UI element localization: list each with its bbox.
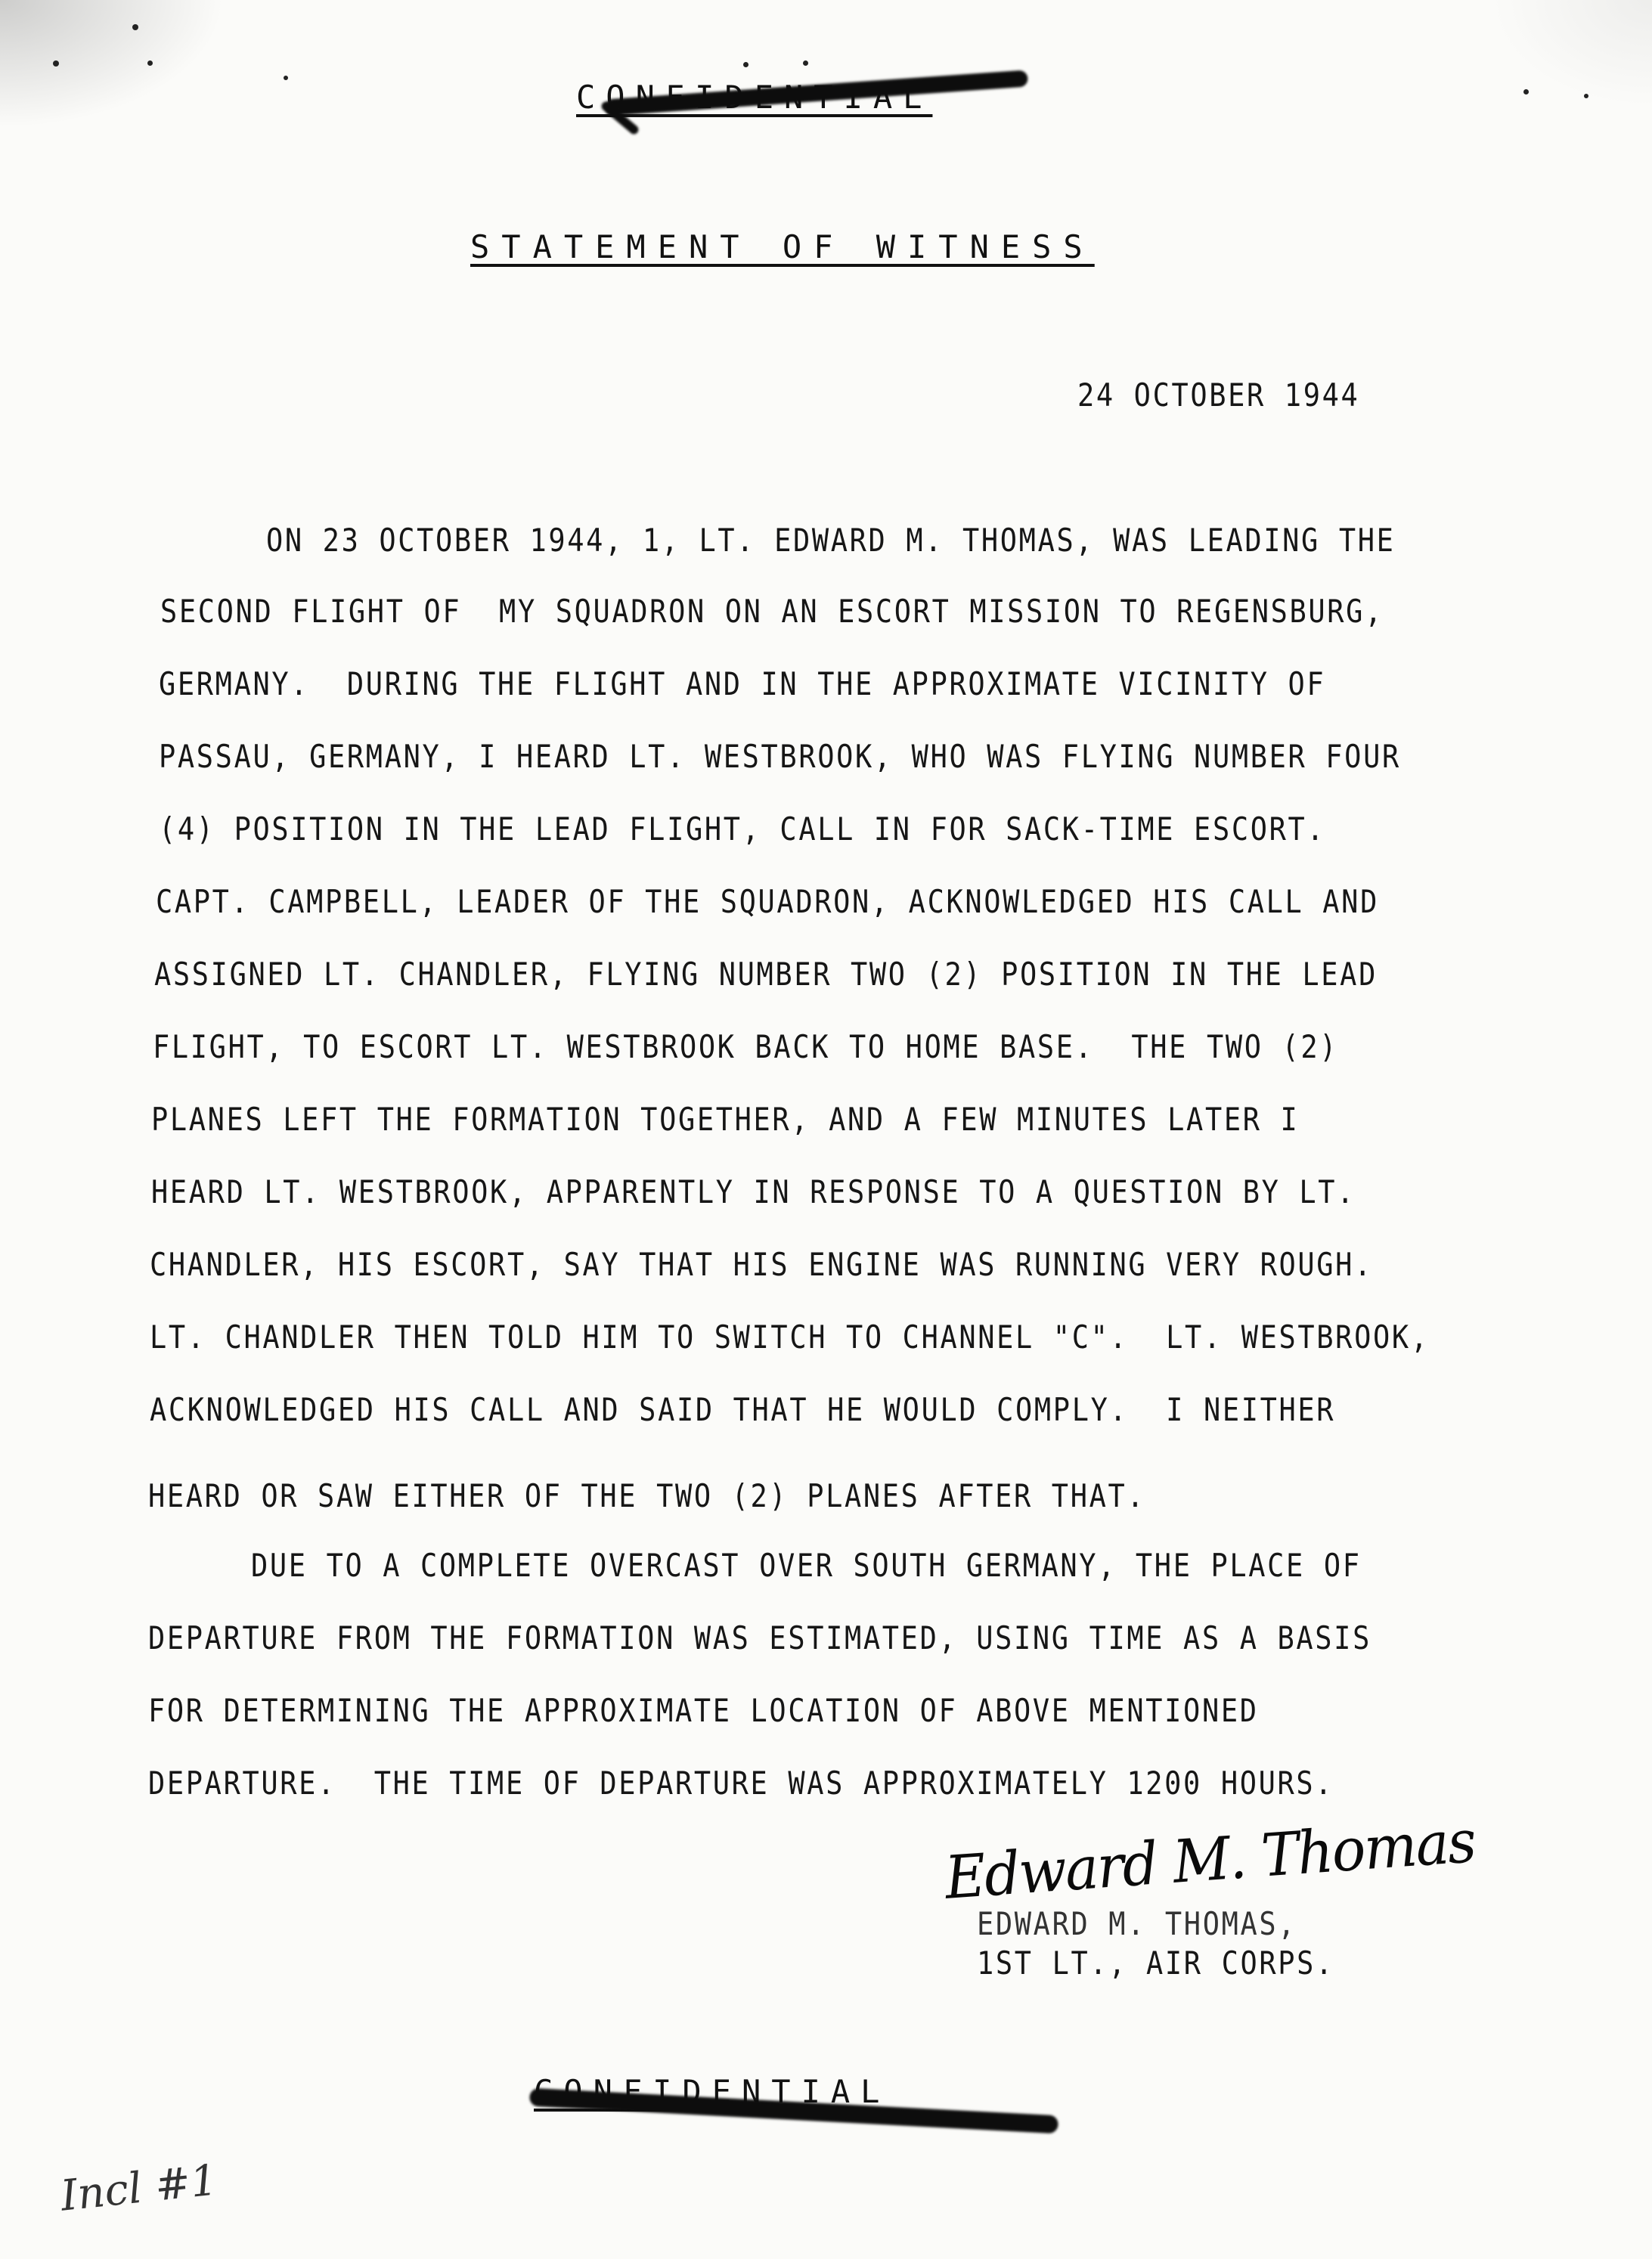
- document-date: 24 OCTOBER 1944: [1077, 376, 1359, 414]
- scan-speck: [743, 62, 749, 67]
- body-line: HEARD OR SAW EITHER OF THE TWO (2) PLANE…: [148, 1477, 1145, 1514]
- body-line: PLANES LEFT THE FORMATION TOGETHER, AND …: [151, 1101, 1299, 1138]
- body-line: ASSIGNED LT. CHANDLER, FLYING NUMBER TWO…: [154, 956, 1378, 993]
- body-line: SECOND FLIGHT OF MY SQUADRON ON AN ESCOR…: [160, 593, 1384, 630]
- scan-speck: [1584, 94, 1588, 98]
- typed-signatory-rank: 1ST LT., AIR CORPS.: [977, 1944, 1334, 1982]
- body-line: DEPARTURE. THE TIME OF DEPARTURE WAS APP…: [148, 1765, 1334, 1802]
- handwritten-enclosure-note: Incl #1: [58, 2155, 219, 2220]
- body-line: ACKNOWLEDGED HIS CALL AND SAID THAT HE W…: [150, 1391, 1335, 1428]
- body-line: GERMANY. DURING THE FLIGHT AND IN THE AP…: [159, 665, 1325, 702]
- scan-speck: [147, 60, 153, 66]
- document-title: STATEMENT OF WITNESS: [470, 228, 1095, 265]
- body-line: HEARD LT. WESTBROOK, APPARENTLY IN RESPO…: [151, 1173, 1356, 1210]
- body-line: LT. CHANDLER THEN TOLD HIM TO SWITCH TO …: [150, 1319, 1430, 1356]
- scan-speck: [1523, 89, 1529, 95]
- body-line: ON 23 OCTOBER 1944, 1, LT. EDWARD M. THO…: [266, 522, 1396, 559]
- handwritten-signature: Edward M. Thomas: [943, 1808, 1477, 1913]
- body-line: PASSAU, GERMANY, I HEARD LT. WESTBROOK, …: [159, 738, 1401, 775]
- body-line: FLIGHT, TO ESCORT LT. WESTBROOK BACK TO …: [153, 1028, 1338, 1065]
- body-line: (4) POSITION IN THE LEAD FLIGHT, CALL IN…: [159, 810, 1325, 848]
- body-line: CAPT. CAMPBELL, LEADER OF THE SQUADRON, …: [156, 883, 1379, 920]
- scan-speck: [803, 60, 808, 66]
- body-line: CHANDLER, HIS ESCORT, SAY THAT HIS ENGIN…: [150, 1246, 1373, 1283]
- scanned-page: CONFIDENTIAL STATEMENT OF WITNESS 24 OCT…: [0, 0, 1652, 2259]
- body-line: DUE TO A COMPLETE OVERCAST OVER SOUTH GE…: [251, 1547, 1362, 1584]
- typed-signatory-name: EDWARD M. THOMAS,: [977, 1905, 1297, 1942]
- scan-speck: [53, 60, 59, 67]
- body-line: FOR DETERMINING THE APPROXIMATE LOCATION…: [148, 1692, 1259, 1729]
- scan-speck: [284, 76, 288, 80]
- scan-speck: [132, 24, 138, 30]
- body-line: DEPARTURE FROM THE FORMATION WAS ESTIMAT…: [148, 1619, 1372, 1656]
